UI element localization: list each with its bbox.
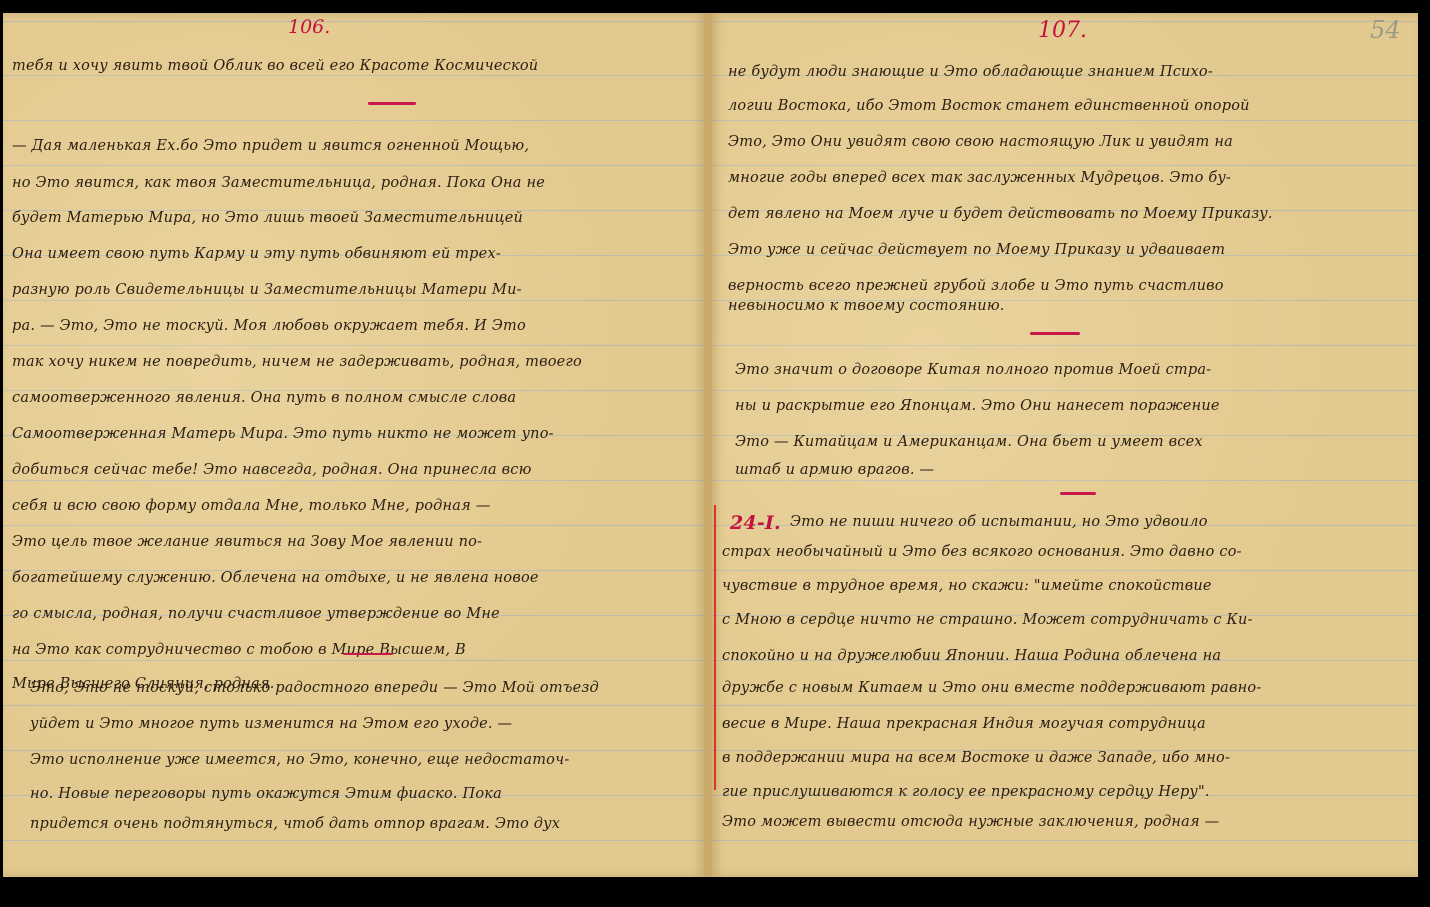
handwritten-line: но. Новые переговоры путь окажутся Этим … bbox=[30, 786, 502, 802]
handwritten-line: Это цель твое желание явиться на Зову Мо… bbox=[12, 534, 482, 550]
handwritten-line: верность всего прежней грубой злобе и Эт… bbox=[728, 278, 1224, 294]
handwritten-line: Это не пиши ничего об испытании, но Это … bbox=[790, 514, 1208, 530]
red-divider bbox=[1060, 492, 1096, 495]
handwritten-line: Это, Это Они увидят свою свою настоящую … bbox=[728, 134, 1233, 150]
handwritten-line: Это уже и сейчас действует по Моему Прик… bbox=[728, 242, 1225, 258]
notebook-gutter bbox=[704, 13, 712, 877]
handwritten-line: Это — Китайцам и Американцам. Она бьет и… bbox=[735, 434, 1203, 450]
handwritten-line: уйдет и Это многое путь изменится на Это… bbox=[30, 716, 512, 732]
right-page-number: 107. bbox=[1038, 18, 1087, 43]
handwritten-line: богатейшему служению. Облечена на отдыхе… bbox=[12, 570, 539, 586]
handwritten-line: себя и всю свою форму отдала Мне, только… bbox=[12, 498, 490, 514]
sheet-number: 54 bbox=[1370, 16, 1401, 44]
handwritten-line: будет Матерью Мира, но Это лишь твоей За… bbox=[12, 210, 523, 226]
handwritten-line: Это значит о договоре Китая полного прот… bbox=[735, 362, 1211, 378]
handwritten-line: штаб и армию врагов. — bbox=[735, 462, 934, 478]
handwritten-line: но Это явится, как твоя Заместительница,… bbox=[12, 175, 545, 191]
handwritten-line: на Это как сотрудничество с тобою в Мире… bbox=[12, 642, 466, 658]
handwritten-line: весие в Мире. Наша прекрасная Индия могу… bbox=[722, 716, 1206, 732]
red-divider bbox=[343, 653, 393, 655]
handwritten-line: многие годы вперед всех так заслуженных … bbox=[728, 170, 1231, 186]
handwritten-line: гие прислушиваются к голосу ее прекрасно… bbox=[722, 784, 1210, 800]
handwritten-line: Это, Это не тоскуй, столько радостного в… bbox=[30, 680, 599, 696]
handwritten-line: разную роль Свидетельницы и Заместительн… bbox=[12, 282, 522, 298]
handwritten-line: спокойно и на дружелюбии Японии. Наша Ро… bbox=[722, 648, 1221, 664]
handwritten-line: не будут люди знающие и Это обладающие з… bbox=[728, 64, 1213, 80]
red-margin-line bbox=[714, 505, 716, 790]
handwritten-line: дет явлено на Моем луче и будет действов… bbox=[728, 206, 1273, 222]
handwritten-line: Это может вывести отсюда нужные заключен… bbox=[722, 814, 1219, 830]
handwritten-line: Она имеет свою путь Карму и эту путь обв… bbox=[12, 246, 501, 262]
handwritten-line: Это исполнение уже имеется, но Это, коне… bbox=[30, 752, 569, 768]
handwritten-line: невыносимо к твоему состоянию. bbox=[728, 298, 1005, 314]
handwritten-line: ра. — Это, Это не тоскуй. Моя любовь окр… bbox=[12, 318, 526, 334]
handwritten-line: страх необычайный и Это без всякого осно… bbox=[722, 544, 1242, 560]
handwritten-line: с Мною в сердце ничто не страшно. Может … bbox=[722, 612, 1253, 628]
handwritten-line: самоотверженного явления. Она путь в пол… bbox=[12, 390, 516, 406]
handwritten-line: логии Востока, ибо Этот Восток станет ед… bbox=[728, 98, 1250, 114]
handwritten-line: придется очень подтянуться, чтоб дать от… bbox=[30, 816, 560, 832]
handwritten-line: в поддержании мира на всем Востоке и даж… bbox=[722, 750, 1230, 766]
handwritten-line: дружбе с новым Китаем и Это они вместе п… bbox=[722, 680, 1261, 696]
handwritten-line: так хочу никем не повредить, ничем не за… bbox=[12, 354, 582, 370]
entry-date: 24-I. bbox=[730, 512, 781, 534]
handwritten-line: Самоотверженная Матерь Мира. Это путь ни… bbox=[12, 426, 554, 442]
left-page-number: 106. bbox=[288, 16, 330, 38]
handwritten-line: чувствие в трудное время, но скажи: "име… bbox=[722, 578, 1212, 594]
red-divider bbox=[368, 102, 416, 105]
red-divider bbox=[1030, 332, 1080, 335]
handwritten-line: — Дая маленькая Ех.бо Это придет и явитс… bbox=[12, 138, 529, 154]
handwritten-line: добиться сейчас тебе! Это навсегда, родн… bbox=[12, 462, 532, 478]
handwritten-line: тебя и хочу явить твой Облик во всей его… bbox=[12, 58, 538, 74]
handwritten-line: ны и раскрытие его Японцам. Это Они нане… bbox=[735, 398, 1220, 414]
handwritten-line: го смысла, родная, получи счастливое утв… bbox=[12, 606, 500, 622]
